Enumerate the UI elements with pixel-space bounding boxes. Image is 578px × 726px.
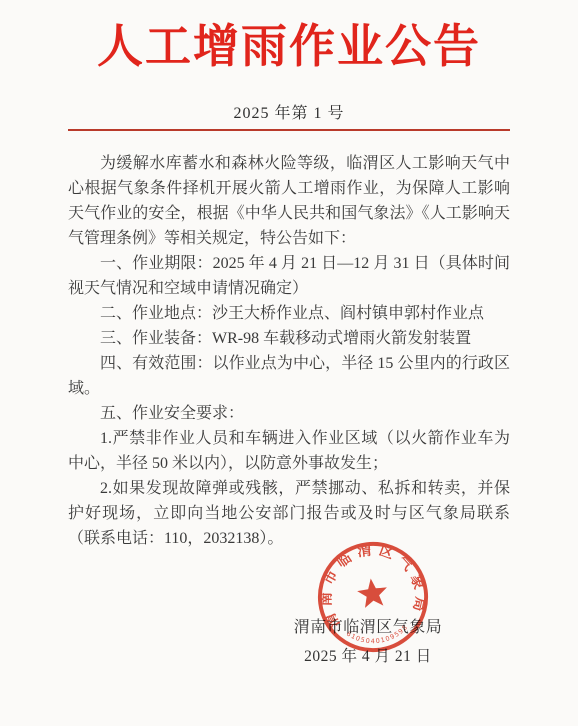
document-body: 为缓解水库蓄水和森林火险等级，临渭区人工影响天气中心根据气象条件择机开展火箭人工… (68, 151, 510, 551)
body-paragraph: 2.如果发现故障弹或残骸，严禁挪动、私拆和转卖，并保护好现场，立即向当地公安部门… (68, 476, 510, 551)
signature-block: 渭南市临渭区气象局 2025 年 4 月 21 日 (263, 614, 473, 666)
announcement-document: 人工增雨作业公告 2025 年第 1 号 为缓解水库蓄水和森林火险等级，临渭区人… (0, 0, 578, 726)
body-paragraph: 1.严禁非作业人员和车辆进入作业区域（以火箭作业车为中心，半径 50 米以内），… (68, 426, 510, 476)
body-paragraph: 二、作业地点：沙王大桥作业点、阎村镇申郭村作业点 (68, 301, 510, 326)
issue-date: 2025 年 4 月 21 日 (263, 644, 473, 666)
body-paragraph: 为缓解水库蓄水和森林火险等级，临渭区人工影响天气中心根据气象条件择机开展火箭人工… (68, 151, 510, 251)
document-title: 人工增雨作业公告 (0, 10, 578, 76)
issuing-authority: 渭南市临渭区气象局 (263, 614, 473, 637)
seal-star-icon (356, 577, 389, 609)
red-divider-line (68, 129, 510, 131)
body-paragraph: 三、作业装备：WR-98 车载移动式增雨火箭发射装置 (68, 326, 510, 351)
body-paragraph: 五、作业安全要求： (68, 401, 510, 426)
body-paragraph: 一、作业期限：2025 年 4 月 21 日—12 月 31 日（具体时间视天气… (68, 251, 510, 301)
document-number: 2025 年第 1 号 (0, 100, 578, 123)
body-paragraph: 四、有效范围：以作业点为中心，半径 15 公里内的行政区域。 (68, 351, 510, 401)
